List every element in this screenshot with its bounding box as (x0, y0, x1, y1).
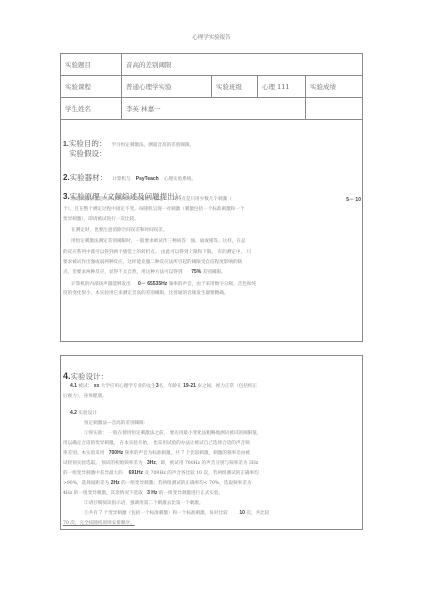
subjects-line: 4.1 被试： xx 大学应用心理学专业的女生3名，年龄在 19-21 岁之间，… (70, 383, 257, 389)
design-line: >90%，选择间距差为 2Hz 的一组变异刺激；若两组测试的正确率均< 70%，… (63, 480, 251, 486)
design-heading-line: 4.实验设计： (63, 364, 108, 383)
design-subheading: 4.2 实验设计 (70, 410, 97, 416)
principle-line: 度的变化很小，本实验用它来测定音高的差别阈限，比普通的音频发生器要精确。 (63, 290, 228, 296)
purpose-heading: 实验目的： (69, 139, 107, 148)
value-class: 心理 111 (258, 76, 306, 98)
row-title: 实验题目 音高的差别阈限 (61, 54, 363, 76)
value-grade (306, 98, 363, 120)
label-class: 实验班级 (212, 76, 258, 98)
design-line: 用以确定合适的变异刺激。 在本实验开始， 也采用试验的办法让被试自己选择合适的声… (63, 440, 250, 446)
equipment-heading: 实验器材： (70, 173, 108, 182)
design-heading: 实验设计： (71, 372, 109, 381)
hypothesis-heading: 实验假设： (69, 148, 107, 159)
equipment-line: 2.实验器材： 计算机与 PsyTeach 心理实验系统。 (63, 165, 196, 184)
value-course: 普通心理学实验 (122, 76, 212, 98)
equipment-text-c: 心理实验系统。 (164, 177, 196, 182)
section-box-4: 4.实验设计： 4.1 被试： xx 大学应用心理学专业的女生3名，年龄在 19… (60, 355, 363, 530)
design-line: 率差别。本实验采用 700Hz 频率的声音为标准刺激。共 7 个比较刺激，刺激的… (63, 450, 250, 456)
row-student: 学生姓名 李英 林嘉一 (61, 98, 363, 120)
design-number: 4. (63, 371, 71, 381)
design-line: ③共有 7 个变异刺激（包括一个标准刺激）和一个标准刺激，每对比较 10 次，共… (84, 510, 269, 516)
value-student-name: 李英 林嘉一 (122, 98, 306, 120)
design-line: 的一组变异刺激中差异最大的 691Hz 及 709Hz 的声音各比较 10 次，… (63, 470, 259, 476)
label-experiment-title: 实验题目 (61, 54, 122, 76)
principle-line: 变异刺激），即请被试进行一次比较。 (63, 216, 139, 222)
row-course: 实验课程 普通心理学实验 实验班级 心理 111 实验成绩 (61, 76, 363, 98)
principle-line: 计算机的内部扬声器能够发出 0－ 65535Hz 频率的声音，由于采用数字分频，… (71, 280, 256, 287)
principle-line: 点，但要求两种反应，显得不太自然，用这种方法可以得到 75% 差别阈限。 (63, 269, 226, 275)
equipment-text-a: 计算机与 (112, 177, 130, 182)
equipment-text-b: PsyTeach (136, 176, 159, 182)
design-line: ①预实验： 一般在使用恒定刺激法之前， 要先用最小变化法粗略地测试被试的阈限值， (84, 430, 262, 436)
principle-line: 的反应系列中就可以得到两个感觉上的转折点。 由此可以得到上限和下限。 有的测定中… (63, 249, 251, 255)
design-line: ②请仔细阅读指示语，强调用第二个刺激去比第一个刺激。 (84, 500, 203, 506)
label-student-name: 学生姓名 (61, 98, 122, 120)
section-box-1-3: 1.实验目的： 学习恒定刺激法，测量音高的差别阈限。 实验假设： 2.实验器材：… (60, 118, 363, 342)
value-experiment-title: 音高的差别阈限 (122, 54, 363, 76)
design-line: 70 次，完全按随机原则安排顺序。 (63, 520, 135, 526)
page-title: 心理学实验报告 (0, 33, 423, 41)
principle-line: 个），且在整个测定过程中固定不变。每随机呈现一对刺激（刺激包括一个标准刺激和一个 (63, 206, 244, 212)
label-course: 实验课程 (61, 76, 122, 98)
principle-line: 恒定刺激法也是经典心理物理学的重要方法之一。其特点是只用少数几个刺激（5－ 10 (71, 196, 361, 202)
design-line: 试经预实验选取。 预试的初始频率差为 3Hz，即，被试用 700Hz 的声音分别… (63, 460, 258, 466)
info-table: 实验题目 音高的差别阈限 实验课程 普通心理学实验 实验班级 心理 111 实验… (60, 53, 363, 120)
subjects-line-2: 后视力），身体健康。 (63, 393, 107, 399)
principle-line: 用恒定刺激法测定差别阈限时，一般要求被试作三种回答：强、弱或相等。这样，在总 (71, 238, 246, 244)
principle-body: 恒定刺激法也是经典心理物理学的重要方法之一。其特点是只用少数几个刺激（5－ 10… (61, 196, 362, 316)
label-grade: 实验成绩 (306, 76, 363, 98)
equipment-number: 2. (63, 173, 70, 182)
design-line: 恒定刺激法—音高的差别阈限： (84, 420, 148, 426)
principle-line: 在测定时，也要注意消除空间误差和时间误差。 (71, 227, 167, 233)
purpose-text: 学习恒定刺激法，测量音高的差别阈限。 (111, 143, 194, 148)
design-line: 4Hz 的一组变异刺激，其余情况下选取 3 Hz 的一组变异刺激进行正式实验。 (63, 490, 223, 496)
principle-line: 要求被试作出强或弱两种反应，这样能克服二种反应法所引起的阈限受自信程度影响的缺 (63, 259, 242, 265)
